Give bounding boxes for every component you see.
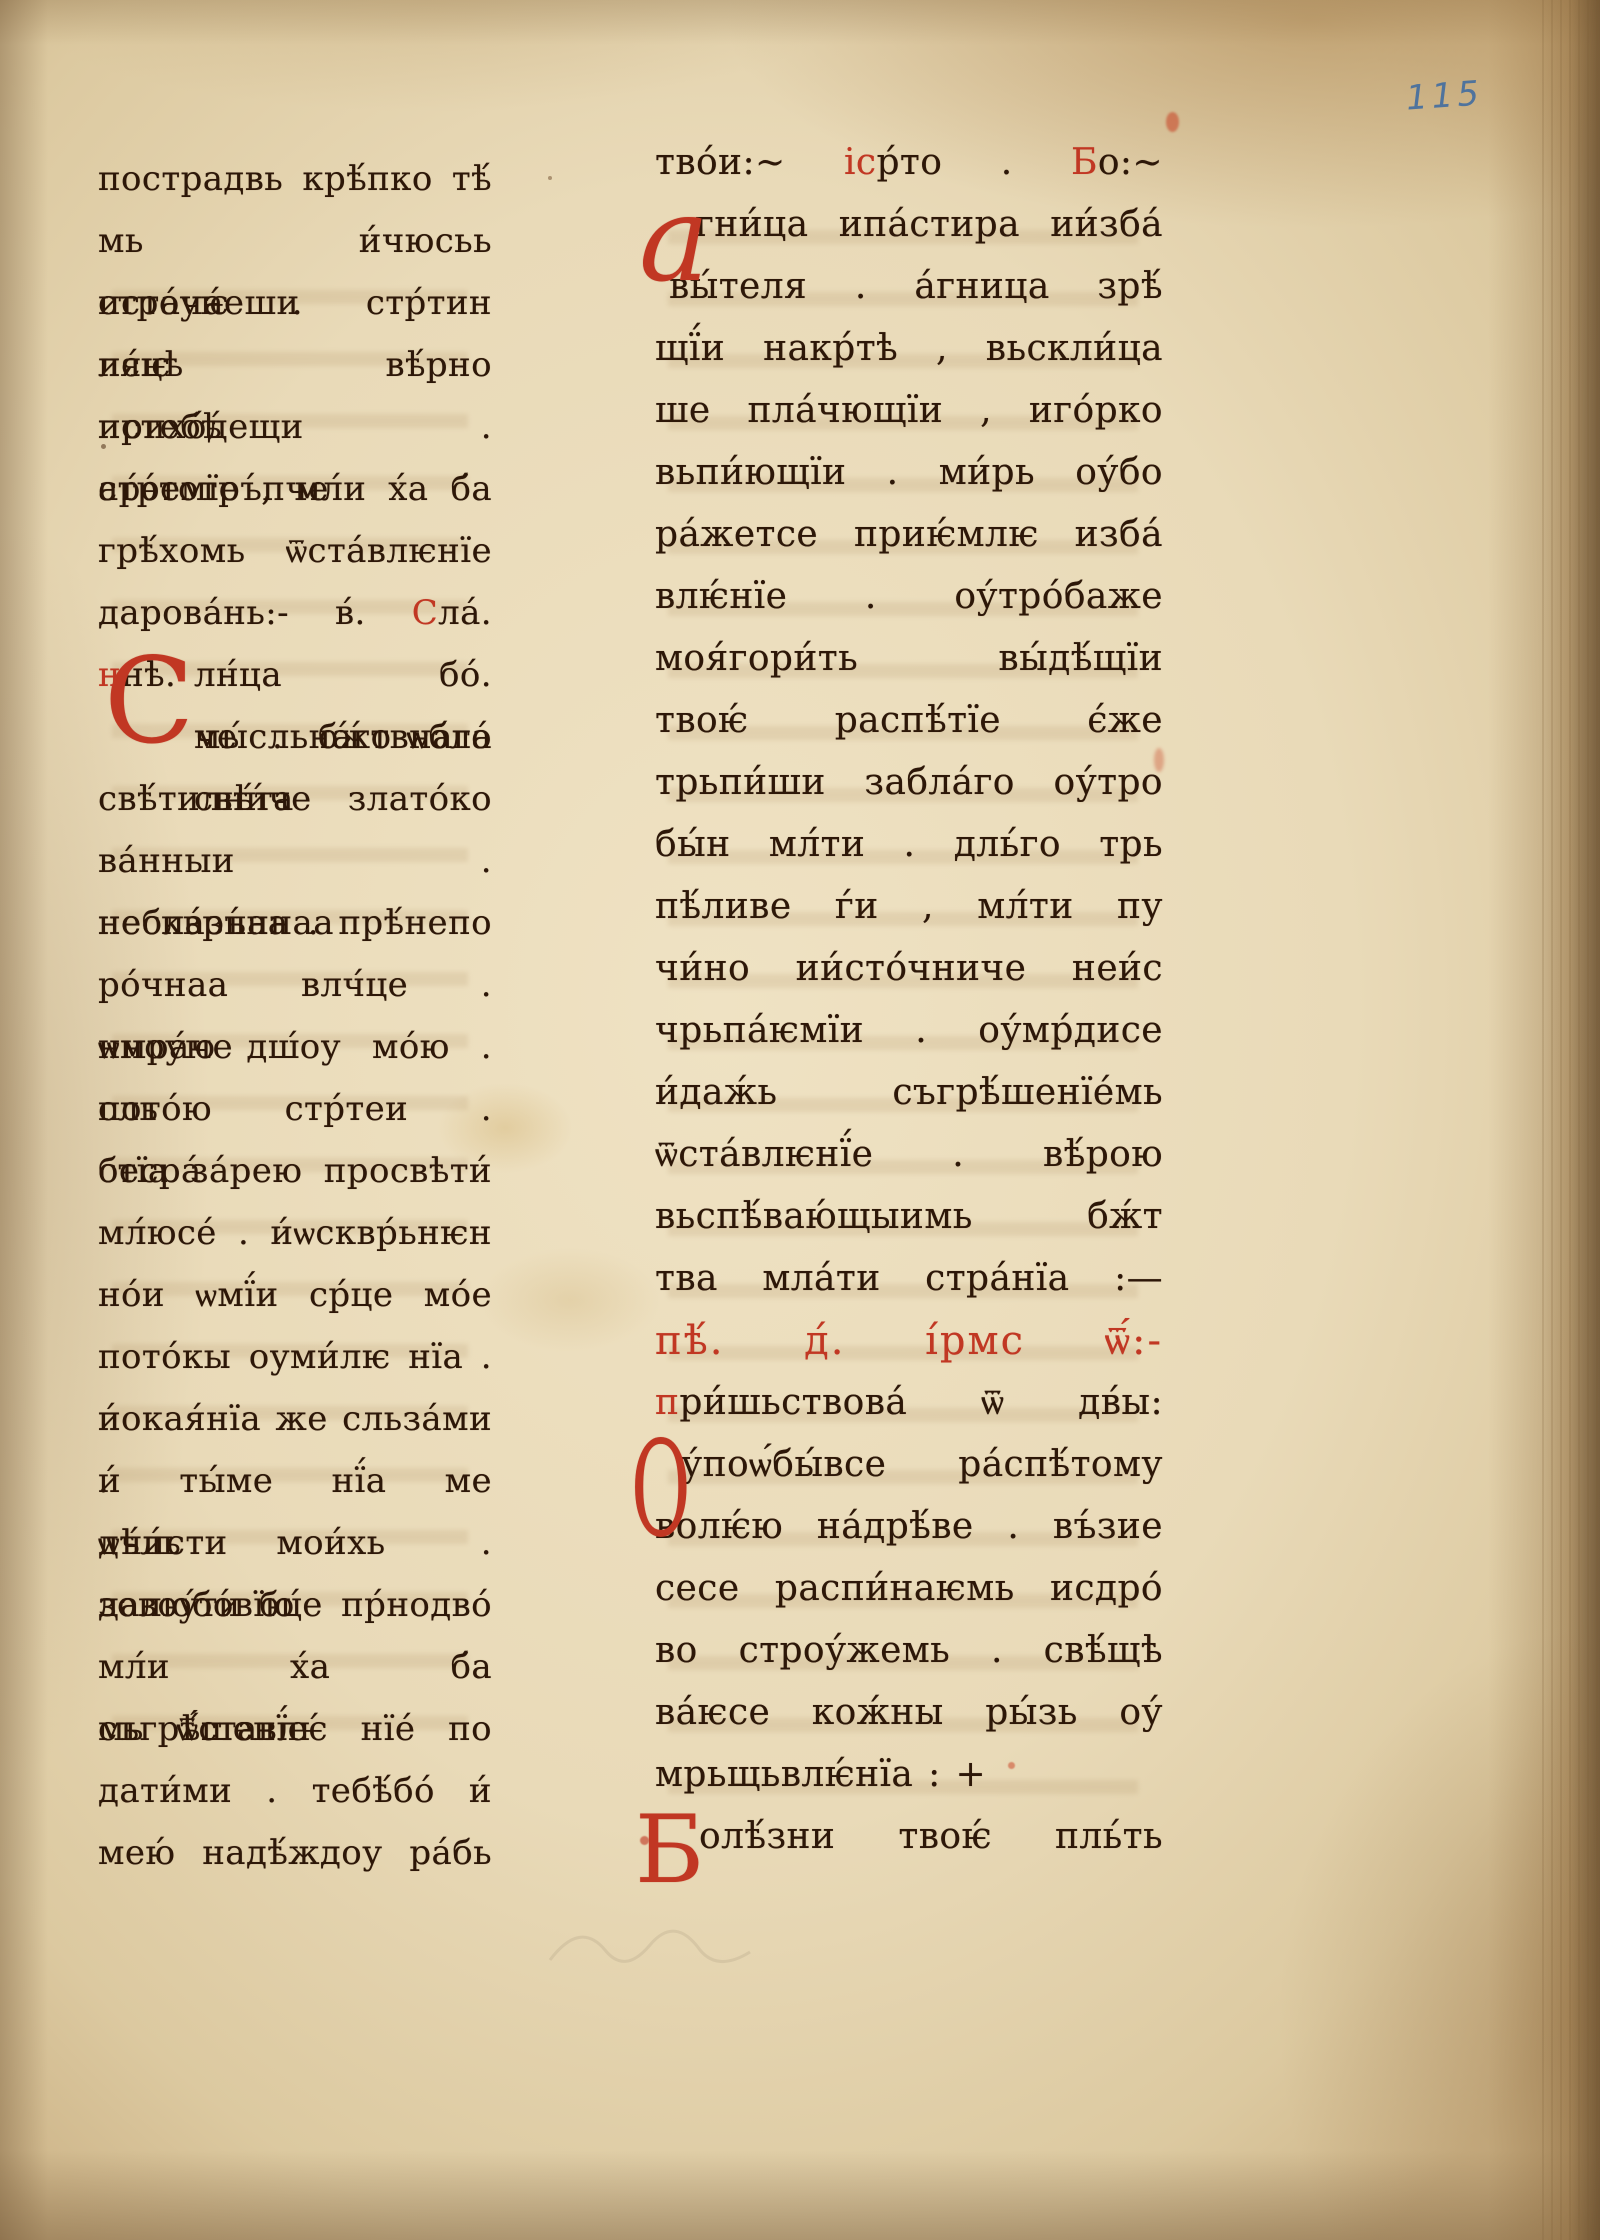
rubric-text: С <box>412 593 438 633</box>
manuscript-line: моя́гори́ть вы́дѣ́щїи <box>655 628 1163 690</box>
illuminated-initial: а <box>639 180 710 298</box>
manuscript-line: ше пла́чющїи , иго́рко <box>655 380 1163 442</box>
pencil-scribble <box>540 1890 760 2010</box>
rubric-text: Б <box>1071 142 1098 183</box>
manuscript-line: твоѥ́ распѣ́тїе є́же <box>655 690 1163 752</box>
body-text: мрьщьвлѥ́нїа : + <box>655 1754 986 1795</box>
body-text: ра́жетсе приѥ́млѥ изба́ <box>655 514 1163 555</box>
body-text: гни́ца ипа́стира ии́зба́ <box>695 204 1163 245</box>
body-text: волѥ́ю на́дрѣ́ве . въ́зие <box>655 1506 1163 1547</box>
manuscript-line: мл́и х́а б́а съгрѣ́шенї́е <box>98 1636 492 1698</box>
body-text: чи́но ии́сто́чниче неи́с <box>655 948 1163 989</box>
body-text: во строу́жемь . свѣ́щѣ <box>655 1630 1163 1671</box>
margin-mark <box>640 1836 649 1845</box>
manuscript-line: небла́знаа . прѣ́непо <box>98 892 492 954</box>
body-text: о:~ <box>1098 142 1163 183</box>
body-text: ше пла́чющїи , иго́рко <box>655 390 1163 431</box>
body-text: зовоу́ти бц́е пр́нодво́ <box>98 1585 492 1625</box>
illuminated-initial: С <box>104 642 195 760</box>
manuscript-line: мею́ надѣ́ждоу ра́бь <box>98 1822 492 1884</box>
body-text: чрьпа́ѥмїи . оу́мр́дисе <box>655 1010 1163 1051</box>
manuscript-line: грѣ́хомь ѿста́влѥнїе <box>98 520 492 582</box>
body-text: твоѥ́ распѣ́тїе є́же <box>655 700 1163 741</box>
manuscript-line: пострадвь крѣ́пко тѣ́ <box>98 148 492 210</box>
body-text: пострадвь крѣ́пко тѣ́ <box>98 159 492 199</box>
manuscript-line: дати́ми . тебѣ́бо́ и́ <box>98 1760 492 1822</box>
body-text: ва́ѥсе кож́ны ры́зь оу́ <box>655 1692 1163 1733</box>
body-text: свѣ́тилни́че злато́ко <box>98 779 492 819</box>
manuscript-line: но́и ѡмї́и ср́це мо́е <box>98 1264 492 1326</box>
manuscript-page: 115 пострадвь крѣ́пко тѣ́мь и́чюсьь иста… <box>0 0 1600 2240</box>
manuscript-line: агни́ца ипа́стира ии́зба́ <box>655 194 1163 256</box>
manuscript-line: пото́кы оуми́лѥ нїа . и́ <box>98 1326 492 1388</box>
body-text: щї́и накр́тѣ , вьскли́ца <box>655 328 1163 369</box>
rubric-text: іс <box>844 142 876 183</box>
body-text: ри́шьствова́ ѿ дв́ы: <box>679 1382 1163 1423</box>
body-text: трьпи́ши забла́го оу́тро <box>655 762 1163 803</box>
illuminated-initial: Б <box>635 1804 704 1898</box>
manuscript-line: пѣ́ливе ѓи , мл́ти пу <box>655 876 1163 938</box>
manuscript-line: ар́ѳемїе , мл́и х́а б́а <box>98 458 492 520</box>
ink-speck <box>101 444 106 449</box>
manuscript-line: свѣ́тилни́че злато́ко <box>98 768 492 830</box>
body-text: у́поѡ́бы́все ра́спѣ́тому <box>681 1444 1163 1485</box>
ink-speck <box>548 176 552 180</box>
manuscript-line: ѿста́влѥнї́е . вѣ́рою <box>655 1124 1163 1186</box>
body-text: сесе распи́наѥмь исдро́ <box>655 1568 1163 1609</box>
body-text: и́даж́ь съгрѣ́шенїе́мь <box>655 1072 1163 1113</box>
manuscript-line: во строу́жемь . свѣ́щѣ <box>655 1620 1163 1682</box>
manuscript-line: волѥ́ю на́дрѣ́ве . въ́зие <box>655 1496 1163 1558</box>
manuscript-line: трьпи́ши забла́го оу́тро <box>655 752 1163 814</box>
manuscript-line: Болѣ́зни твоѥ́ пль́ть <box>655 1806 1163 1868</box>
manuscript-line: нноую дш́оу мо́ю . сль <box>98 1016 492 1078</box>
manuscript-line: ва́нныи . несквръ́ннаа <box>98 830 492 892</box>
manuscript-line: и́ ты́ме нї́а ме ѡчи́сти <box>98 1450 492 1512</box>
body-text: небла́знаа . прѣ́непо <box>98 903 492 943</box>
manuscript-line: Слн́ца мы́сльна́го ѡбла́ <box>98 644 492 706</box>
manuscript-line: ро́чнаа влч́це . ѡмра́че <box>98 954 492 1016</box>
body-text: стїа за́рею просвѣти́ <box>98 1151 492 1191</box>
manuscript-line: и́даж́ь съгрѣ́шенїе́мь <box>655 1062 1163 1124</box>
folio-number: 115 <box>1405 73 1485 118</box>
manuscript-line: дѣ́ль мои́хь . далюбо́вїю <box>98 1512 492 1574</box>
illuminated-initial: О <box>631 1424 691 1556</box>
manuscript-line: ва́ѥсе кож́ны ры́зь оу́ <box>655 1682 1163 1744</box>
body-text: но́и ѡмї́и ср́це мо́е <box>98 1275 492 1315</box>
text-column-right: тво́и:~ іср́то . Бо:~агни́ца ипа́стира и… <box>655 132 1163 1868</box>
manuscript-line: влѥ́нїе . оу́тро́баже <box>655 566 1163 628</box>
body-text: вьпи́ющїи . ми́рь оу́бо <box>655 452 1163 493</box>
body-text: мею́ надѣ́ждоу ра́бь <box>98 1833 492 1873</box>
body-text: бы́н мл́ти . дль́го трь <box>655 824 1163 865</box>
body-text: вьспѣ́ваю́щыимь бж́т <box>655 1196 1163 1237</box>
manuscript-line: при́шьствова́ ѿ дв́ы: <box>655 1372 1163 1434</box>
manuscript-line: ра́жетсе приѥ́млѥ изба́ <box>655 504 1163 566</box>
body-text: вы́теля . а́гница зрѣ́ <box>669 266 1163 307</box>
manuscript-line: мь ѿ́ставлѥ́ нїе́ по <box>98 1698 492 1760</box>
body-text: тва мла́ти стра́нїа :— <box>655 1258 1163 1299</box>
book-fore-edge <box>1542 0 1600 2240</box>
body-text: р́то . <box>876 142 1071 183</box>
manuscript-line: вы́теля . а́гница зрѣ́ <box>655 256 1163 318</box>
manuscript-line: чрьпа́ѥмїи . оу́мр́дисе <box>655 1000 1163 1062</box>
manuscript-line: стїа за́рею просвѣти́ <box>98 1140 492 1202</box>
body-text: дарова́нь:- в́. <box>98 593 412 633</box>
margin-mark <box>1008 1762 1015 1769</box>
manuscript-line: пото́ю стр́теи . бесра́ <box>98 1078 492 1140</box>
manuscript-line: ля́ѥ вѣ́рно прихо́дещи <box>98 334 492 396</box>
margin-mark <box>1154 748 1164 772</box>
manuscript-line: строуѥ́ . стр́тин исцѣ <box>98 272 492 334</box>
manuscript-line: зовоу́ти бц́е пр́нодво́ <box>98 1574 492 1636</box>
body-text: олѣ́зни твоѥ́ пль́ть <box>699 1816 1163 1857</box>
rubric-text: пѣ́. д́. і́рмс ѿ́:- <box>655 1318 1163 1364</box>
body-text: грѣ́хомь ѿста́влѥнїе <box>98 531 492 571</box>
body-text: ѿста́влѥнї́е . вѣ́рою <box>655 1134 1163 1175</box>
manuscript-line: пѣ́. д́. і́рмс ѿ́:- <box>655 1310 1163 1372</box>
body-text: моя́гори́ть вы́дѣ́щїи <box>655 638 1163 679</box>
manuscript-line: тво́и:~ іср́то . Бо:~ <box>655 132 1163 194</box>
body-text: мь ѿ́ставлѥ́ нїе́ по <box>98 1709 492 1749</box>
manuscript-line: мрьщьвлѥ́нїа : + <box>655 1744 1163 1806</box>
body-text: влѥ́нїе . оу́тро́баже <box>655 576 1163 617</box>
body-text: пѣ́ливе ѓи , мл́ти пу <box>655 886 1163 927</box>
text-column-left: пострадвь крѣ́пко тѣ́мь и́чюсьь иста́чае… <box>98 148 492 1884</box>
manuscript-line: покая́нїа же сльза́ми . <box>98 1388 492 1450</box>
manuscript-line: щї́и накр́тѣ , вьскли́ца <box>655 318 1163 380</box>
manuscript-line: истебѣ́ . стр́тотръ́пче <box>98 396 492 458</box>
manuscript-line: мь и́чюсьь иста́чаеши <box>98 210 492 272</box>
manuscript-line: тва мла́ти стра́нїа :— <box>655 1248 1163 1310</box>
manuscript-line: бы́н мл́ти . дль́го трь <box>655 814 1163 876</box>
body-text: ар́ѳемїе , мл́и х́а б́а <box>98 469 492 509</box>
manuscript-line: чи́но ии́сто́чниче неи́с <box>655 938 1163 1000</box>
margin-mark <box>1166 112 1179 132</box>
manuscript-line: вьпи́ющїи . ми́рь оу́бо <box>655 442 1163 504</box>
body-text: мл́юсе́ . и́ѡсквр́ьнѥн <box>98 1213 492 1253</box>
manuscript-line: мл́юсе́ . и́ѡсквр́ьнѥн <box>98 1202 492 1264</box>
body-text: ла́. <box>438 593 492 633</box>
manuscript-line: сесе распи́наѥмь исдро́ <box>655 1558 1163 1620</box>
manuscript-line: вьспѣ́ваю́щыимь бж́т <box>655 1186 1163 1248</box>
manuscript-line: Оу́поѡ́бы́все ра́спѣ́тому <box>655 1434 1163 1496</box>
body-text: дати́ми . тебѣ́бо́ и́ <box>98 1771 492 1811</box>
